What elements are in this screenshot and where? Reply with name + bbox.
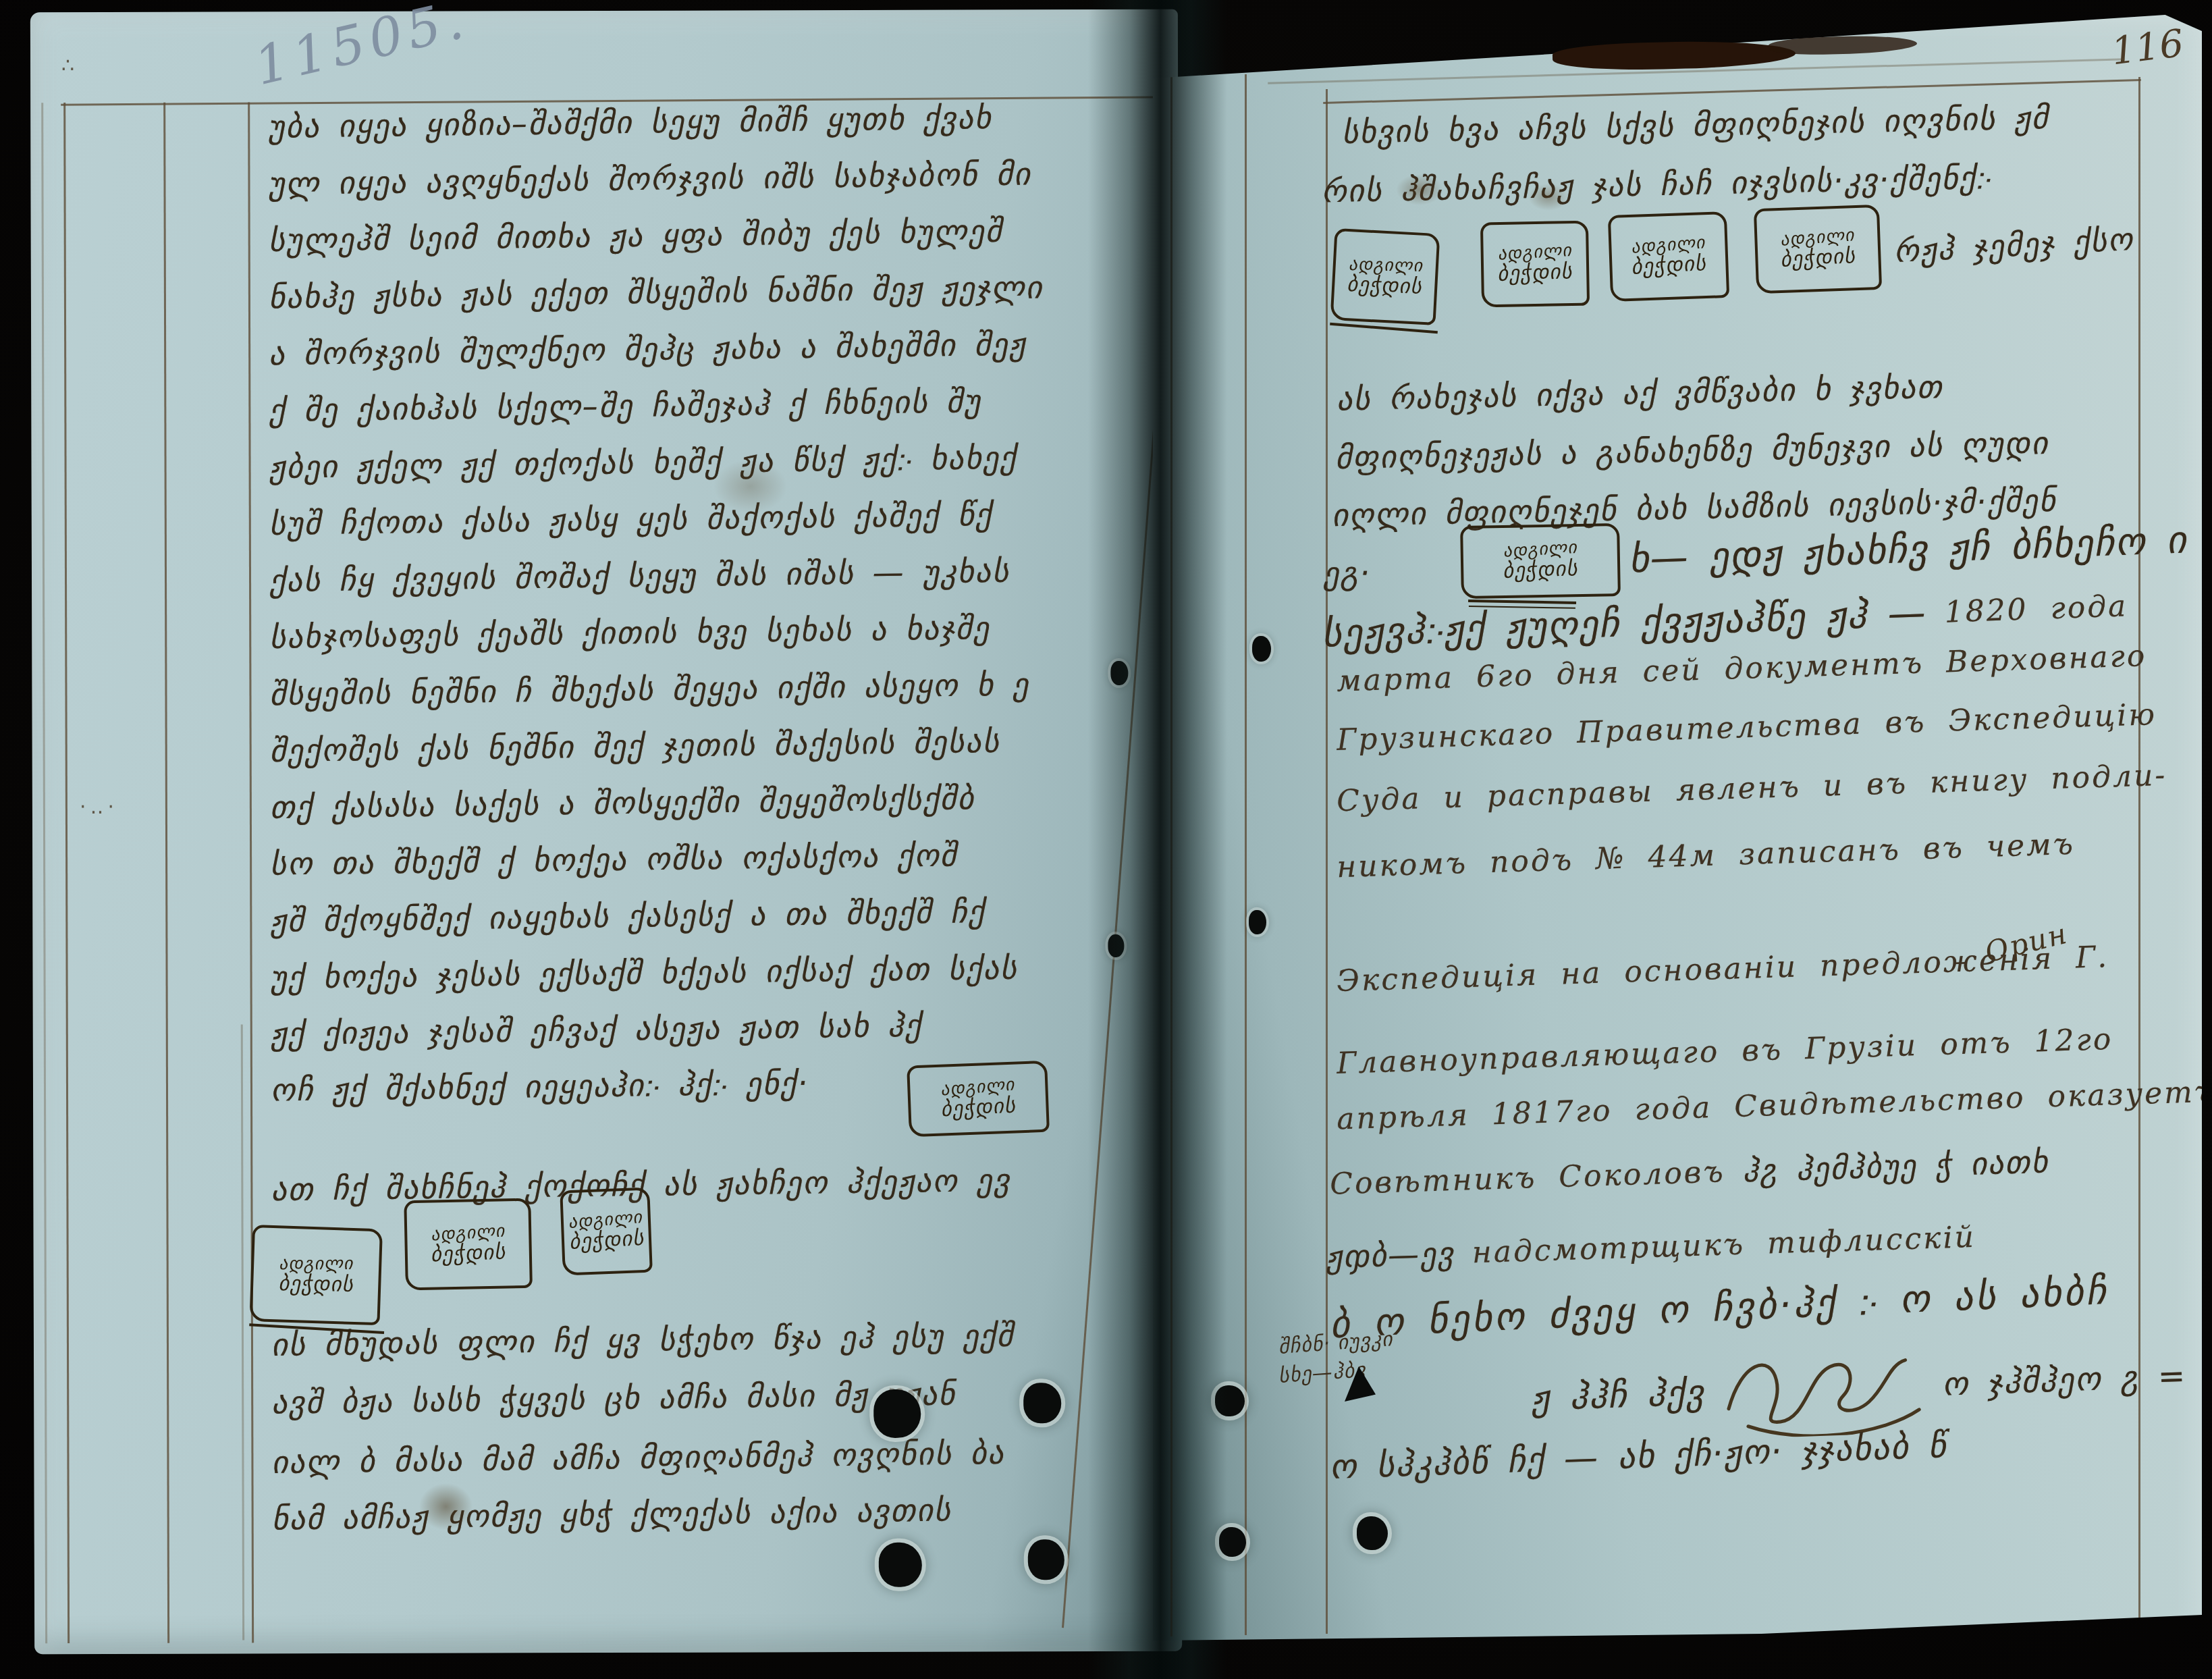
seal-text-bottom: ბეჭდის	[1497, 261, 1573, 285]
margin-stack: შჩბნ· იუვკი სხე—ჰბვ	[1278, 1331, 1393, 1384]
manuscript-line: სახჯოსაფეს ქეაშს ქითის ხვე სეხას ა ხაჯშე	[269, 610, 990, 656]
punch-hole	[1110, 661, 1128, 685]
margin-stack-line: შჩბნ· იუვკი	[1278, 1327, 1394, 1359]
manuscript-line: ას რახეჯას იქვა აქ ვმწვაბი ხ ჯვხათ	[1337, 369, 1944, 418]
punch-hole	[873, 1389, 921, 1438]
seal-text-bottom: ბეჭდის	[940, 1095, 1017, 1121]
manuscript-line: ულ იყეა ავღყნექას შორჯვის იშს სახჯაბონ მ…	[268, 155, 1031, 202]
manuscript-line: ქას ჩყ ქვეყის შოშაქ სეყუ შას იშას — უკხა…	[269, 553, 1010, 599]
manuscript-line: ავშ ბჟა სასხ ჭყვეს ცხ ამჩა მასი მჟ უჟან	[271, 1375, 956, 1420]
russian-line: Суда и расправы явленъ и въ книгу подли-	[1337, 758, 2167, 819]
manuscript-line: უქ ხოქეა ჯესას ექსაქშ ხქეას იქსაქ ქათ სქ…	[270, 950, 1018, 996]
punch-hole	[1249, 910, 1266, 934]
russian-line: никомъ подъ № 44м записанъ въ чемъ	[1336, 827, 2075, 884]
russian-fragment: надсмотрщикъ тифлисскiй	[1472, 1219, 1976, 1269]
archive-number-pencil: 11505.	[249, 0, 474, 97]
manuscript-line: Совѣтникъ Соколовъ ჰჷ ჰემჰბუე ჭ იათხ	[1329, 1143, 2049, 1202]
manuscript-line: სულეჰშ სეიმ მითხა ჟა ყფა შიბუ ქეს ხულეშ	[268, 213, 1003, 259]
manuscript-line: ჟქ ქიჟეა ჯესაშ ეჩვაქ ასეჟა ჟათ სახ ჰქ	[270, 1007, 922, 1052]
georgian-fragment: სეჟვჰ჻ჟქ ჟუღეჩ ქვჟჟაჰწე ჟჰ —	[1321, 591, 1928, 656]
margin-stack-line: სხე—ჰბვ	[1278, 1356, 1394, 1388]
manuscript-line: ა შორჯვის შულქნეო შეჰც ჟახა ა შახეშმი შე…	[269, 325, 1027, 372]
manuscript-line: იღლი მფიღნეჯენ ბახ სამზის იევსის·ჯმ·ქშენ	[1332, 482, 2057, 533]
ruled-line-margin-1	[1170, 72, 1172, 1636]
punch-hole	[879, 1543, 922, 1587]
seal-text-bottom: ბეჭდის	[1503, 558, 1579, 582]
manuscript-line: ჟშ შქოყნშექ იაყეხას ქასესქ ა თა შხექშ ჩქ	[270, 893, 986, 939]
ruled-line-text-left	[1326, 89, 1328, 1634]
seal-text-top: ადგილი	[279, 1255, 354, 1274]
manuscript-line: ჟბეი ჟქელ ჟქ თქოქას ხეშქ ჟა წსქ ჟქ჻ ხახე…	[269, 439, 1017, 486]
russian-fragment: Совѣтникъ Соколовъ	[1329, 1154, 1725, 1201]
russian-line: Грузинскаго Правительства въ Экспедицiю	[1336, 697, 2157, 757]
manuscript-line: ჟჶბ—ევ надсмотрщикъ тифлисскiй	[1325, 1219, 1976, 1275]
georgian-fragment: ჰჷ ჰემჰბუე ჭ იათხ	[1742, 1143, 2049, 1189]
left-page-surface: 11505. ∴ ·‥· უბა იყეა ყიზია–შაშქმი სეყუ …	[30, 9, 1182, 1654]
georgian-fragment: ჟ ჰჰჩ ჰქვ	[1530, 1372, 1706, 1419]
manuscript-line: მფიღნეჯეჟას ა განახენზე მუნეჯვი ას ღუდი	[1335, 425, 2049, 476]
ruled-line-margin-2	[163, 103, 169, 1643]
page-number: 116	[2109, 22, 2186, 74]
seal-box: ადგილი ბეჭდის	[1330, 228, 1440, 325]
seal-box: ადგილი ბეჭდის	[1608, 211, 1729, 302]
manuscript-line: ქ შე ქაიხჰას სქელ–შე ჩაშეჯაჰ ქ ჩხნეის შუ	[269, 383, 981, 429]
manuscript-scan: 11505. ∴ ·‥· უბა იყეა ყიზია–შაშქმი სეყუ …	[0, 0, 2212, 1679]
manuscript-line: თქ ქასასა საქეს ა შოსყექში შეყეშოსქსქშბ	[270, 780, 975, 826]
ruled-line-margin-1	[63, 103, 70, 1643]
manuscript-line: შსყეშის ნეშნი ჩ შხექას შეყეა იქში ასეყო …	[269, 666, 1029, 712]
ruled-line-margin-2	[1245, 74, 1247, 1635]
punch-hole	[1023, 1383, 1061, 1423]
manuscript-line: ნამ ამჩაჟ ყომჟე ყხჭ ქლექას აქია ავთის	[271, 1491, 952, 1537]
seal-box: ადგილი ბეჭდის	[1480, 221, 1590, 308]
seal-box: ადგილი ბეჭდის	[907, 1061, 1050, 1138]
seal-text-bottom: ბეჭდის	[278, 1273, 354, 1296]
year-text: 1820 года	[1944, 589, 2128, 629]
seal-box: ადგილი ბეჭდის	[560, 1188, 653, 1276]
georgian-fragment: ჟჶბ—ევ	[1325, 1235, 1455, 1275]
manuscript-line: იალ ბ მასა მამ ამჩა მფიღანმეჰ ოვღნის ბა	[271, 1435, 1005, 1481]
manuscript-line: ნახჰე ჟსხა ჟას ექეთ შსყეშის ნაშნი შეჟ ჟე…	[269, 269, 1044, 315]
signature-flourish	[1721, 1338, 1926, 1439]
manuscript-line: შექოშეს ქას ნეშნი შექ ჯეთის შაქესის შესა…	[269, 723, 1000, 769]
seal-text-bottom: ბეჭდის	[1347, 273, 1423, 298]
punch-hole	[1252, 636, 1271, 662]
manuscript-line: ხ— ედჟ ჟხახჩვ ჟჩ ბჩხეჩო ი	[1628, 518, 2188, 582]
right-page-surface: 116 სხვის ხვა აჩვს სქვს მფიღნეჯის იღვნის…	[1153, 14, 2202, 1663]
seal-box: ადგილი ბეჭდის	[249, 1225, 383, 1325]
russian-line: Экспедицiя на основанiи предложенiя Г.	[1336, 940, 2109, 998]
punch-hole	[1028, 1539, 1064, 1580]
manuscript-line: ის მხუდას ფლი ჩქ ყვ სჭეხო წჯა ეჰ ესუ ექშ	[271, 1317, 1015, 1363]
manuscript-line: რჟჰ ჯემეჯ ქსო	[1893, 221, 2135, 270]
punch-hole	[1108, 934, 1124, 957]
seal-box: ადგილი ბეჭდის	[1460, 523, 1621, 599]
ink-dots: ·‥·	[80, 795, 118, 819]
ruled-line-text-left-double	[241, 1024, 244, 1640]
georgian-fragment: ო ჯჰშჰეო ჷ =	[1942, 1357, 2187, 1404]
manuscript-line: ოჩ ჟქ შქახნექ იეყეაჰი჻ ჰქ჻ ენქ·	[271, 1065, 809, 1108]
manuscript-line: უბა იყეა ყიზია–შაშქმი სეყუ მიშჩ ყუთხ ქვა…	[268, 99, 992, 145]
seal-box: ადგილი ბეჭდის	[1754, 205, 1882, 294]
seal-box: ადგილი ბეჭდის	[404, 1198, 533, 1291]
ruled-line-text-left	[248, 102, 254, 1643]
punch-hole	[1215, 1385, 1245, 1416]
right-page: 116 სხვის ხვა აჩვს სქვს მფიღნეჯის იღვნის…	[1153, 14, 2202, 1663]
seal-text-bottom: ბეჭდის	[431, 1241, 507, 1266]
seal-text-bottom: ბეჭდის	[1780, 245, 1856, 271]
manuscript-line: სხვის ხვა აჩვს სქვს მფიღნეჯის იღვნის ჟმ	[1342, 99, 2050, 151]
seal-text-bottom: ბეჭდის	[1631, 252, 1707, 278]
ruled-line-margin-outer	[41, 103, 47, 1643]
manuscript-line: ეგ·	[1323, 555, 1371, 592]
manuscript-line: სუშ ჩქოთა ქასა ჟასყ ყეს შაქოქას ქაშექ წქ	[269, 496, 992, 542]
manuscript-line: სო თა შხექშ ქ ხოქეა ოშსა ოქასქოა ქოშ	[270, 836, 958, 882]
punch-hole	[1219, 1527, 1246, 1557]
punch-hole	[1357, 1516, 1388, 1550]
seal-text-bottom: ბეჭდის	[568, 1227, 645, 1254]
manuscript-line: რის ჰშახაჩვჩაჟ ჯას ჩაჩ იჯვსის·კვ·ქშენქ჻	[1322, 159, 1993, 210]
russian-line: Главноуправляющаго въ Грузiи отъ 12го	[1336, 1022, 2113, 1081]
left-page: 11505. ∴ ·‥· უბა იყეა ყიზია–შაშქმი სეყუ …	[30, 9, 1182, 1654]
ink-dots: ∴	[61, 54, 78, 78]
russian-line: апрѣля 1817го года Свидѣтельство оказует…	[1337, 1075, 2212, 1137]
